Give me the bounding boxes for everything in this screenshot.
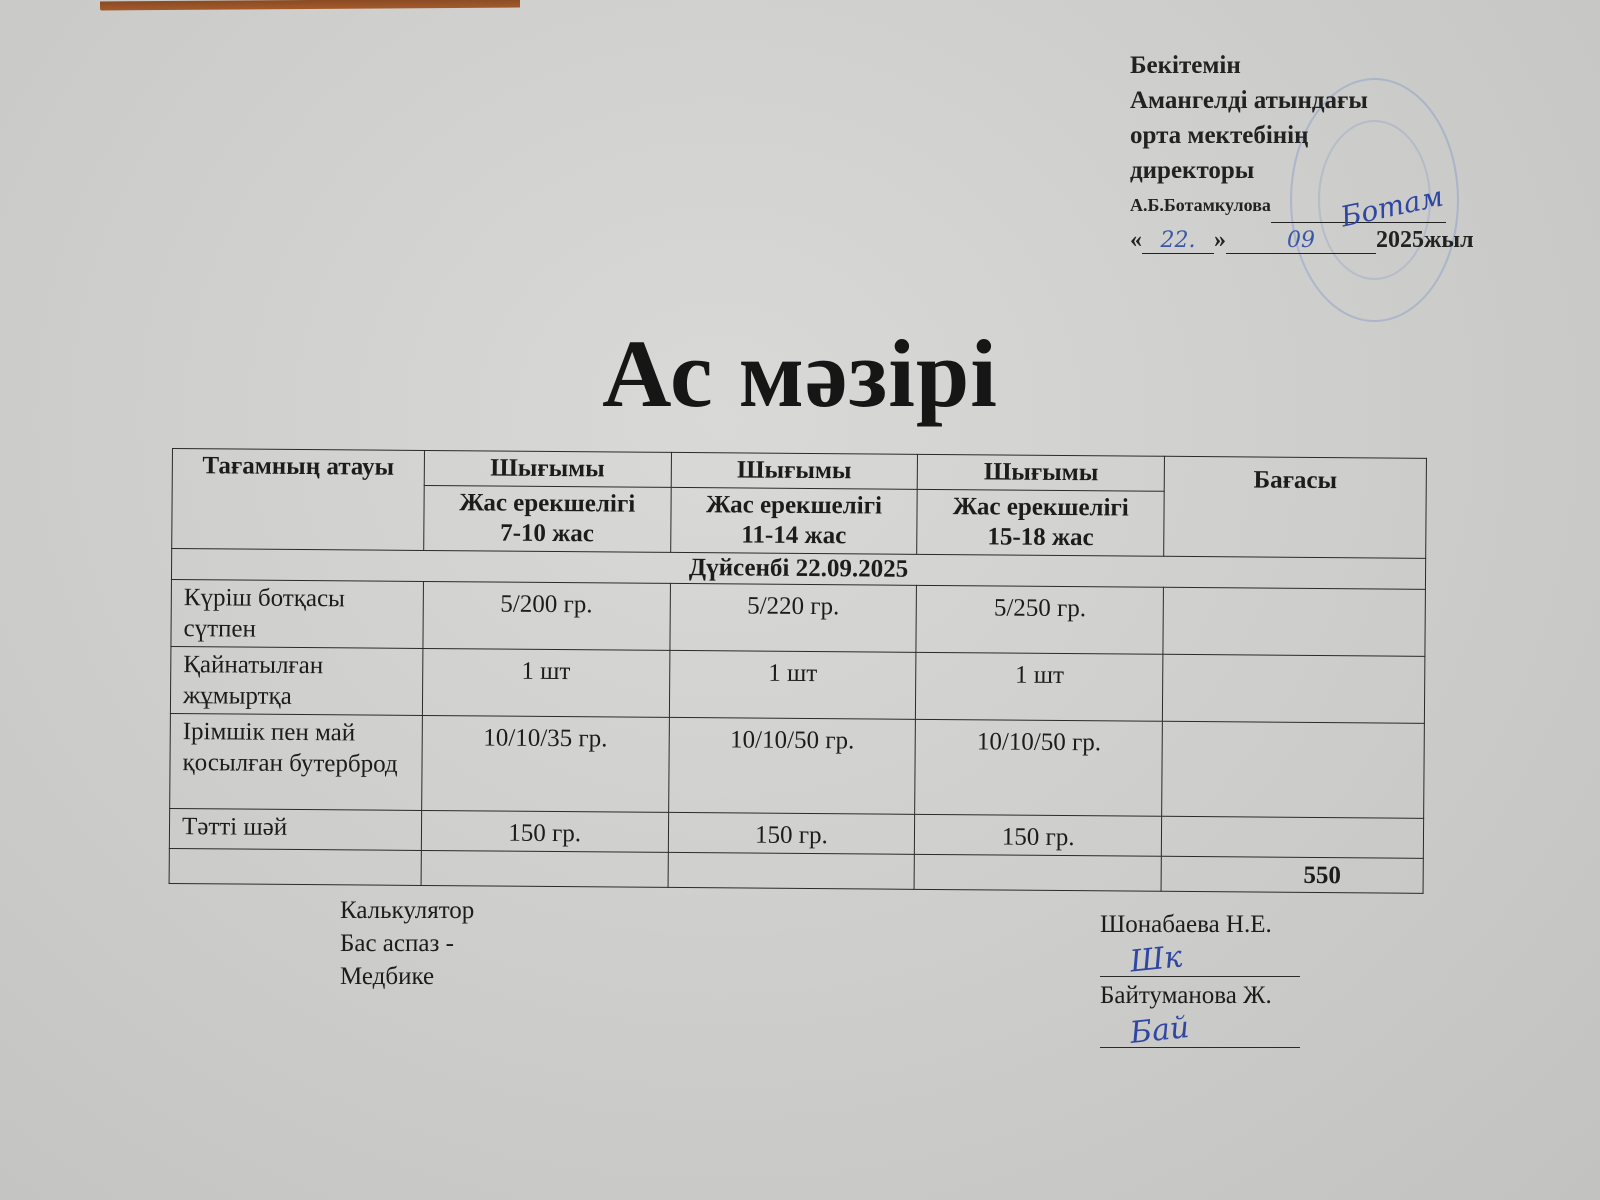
dish-name: Ірімшік пен май қосылған бутерброд <box>170 713 423 810</box>
dish-name: Күріш ботқасы сүтпен <box>171 579 423 648</box>
role-calculator: Калькулятор <box>340 894 474 927</box>
staff-roles: Калькулятор Бас аспаз - Медбике <box>340 894 474 993</box>
header-price: Бағасы <box>1164 456 1427 558</box>
role-head-cook: Бас аспаз - <box>340 927 474 960</box>
table-row: Ірімшік пен май қосылған бутерброд 10/10… <box>170 713 1425 818</box>
signature-2: Бай <box>1128 1010 1191 1051</box>
signature-line-2: Бай <box>1100 1011 1300 1048</box>
empty-cell <box>169 848 421 885</box>
age-label: Жас ерекшелігі <box>953 493 1129 521</box>
header-output-15-18: Шығымы <box>918 454 1165 491</box>
age-group: 15-18 жас <box>987 523 1094 551</box>
dish-name: Тәтті шәй <box>169 808 421 850</box>
approval-school-line2: орта мектебінің <box>1130 118 1530 153</box>
approval-heading: Бекітемін <box>1130 48 1530 83</box>
signature-line-1: Шк <box>1100 940 1300 977</box>
date-year: 2025жыл <box>1376 227 1474 253</box>
empty-cell <box>914 854 1161 891</box>
table-row: Қайнатылған жұмыртқа 1 шт 1 шт 1 шт <box>170 646 1424 723</box>
portion-7-10: 150 гр. <box>421 810 668 852</box>
portion-15-18: 5/250 гр. <box>916 585 1163 654</box>
staff-signatures: Шонабаева Н.Е. Шк Байтуманова Ж. Бай <box>1100 910 1300 1052</box>
date-open-quote: « <box>1130 227 1142 253</box>
price-cell <box>1163 654 1425 723</box>
header-age-7-10: Жас ерекшелігі 7-10 жас <box>423 485 670 552</box>
header-output-7-10: Шығымы <box>424 450 671 487</box>
portion-11-14: 1 шт <box>669 650 916 719</box>
menu-document: Бекітемін Амангелді атындағы орта мектеб… <box>0 8 1600 1200</box>
menu-table: Тағамның атауы Шығымы Шығымы Шығымы Баға… <box>169 448 1427 894</box>
price-cell <box>1161 816 1423 858</box>
portion-7-10: 1 шт <box>422 648 669 717</box>
header-output-11-14: Шығымы <box>671 452 918 489</box>
age-label: Жас ерекшелігі <box>459 489 635 517</box>
table-row: Күріш ботқасы сүтпен 5/200 гр. 5/220 гр.… <box>171 579 1425 656</box>
header-dish-name: Тағамның атауы <box>172 449 425 551</box>
portion-15-18: 10/10/50 гр. <box>915 719 1163 816</box>
staff-name-2: Байтуманова Ж. <box>1100 981 1300 1011</box>
date-month: 09 <box>1226 229 1376 254</box>
header-row: Тағамның атауы Шығымы Шығымы Шығымы Баға… <box>172 449 1426 494</box>
date-close-quote: » <box>1214 227 1226 253</box>
age-group: 7-10 жас <box>500 520 594 548</box>
total-price: 550 <box>1161 856 1423 893</box>
page-title: Ас мәзірі <box>0 318 1600 429</box>
header-age-11-14: Жас ерекшелігі 11-14 жас <box>670 487 917 554</box>
age-label: Жас ерекшелігі <box>706 491 882 519</box>
portion-15-18: 1 шт <box>916 652 1163 721</box>
empty-cell <box>421 850 668 887</box>
director-name: А.Б.Ботамкулова <box>1130 195 1271 215</box>
approval-block: Бекітемін Амангелді атындағы орта мектеб… <box>1130 48 1530 258</box>
portion-7-10: 5/200 гр. <box>423 581 670 650</box>
age-group: 11-14 жас <box>741 521 846 549</box>
price-cell <box>1162 721 1425 818</box>
director-line: А.Б.Ботамкулова <box>1130 188 1530 223</box>
staff-name-1: Шонабаева Н.Е. <box>1100 910 1300 940</box>
header-age-15-18: Жас ерекшелігі 15-18 жас <box>917 489 1164 556</box>
approval-position: директоры <box>1130 153 1530 188</box>
signature-1: Шк <box>1128 939 1184 979</box>
dish-name: Қайнатылған жұмыртқа <box>170 646 422 715</box>
empty-cell <box>668 852 915 889</box>
price-cell <box>1163 587 1425 656</box>
portion-11-14: 150 гр. <box>668 812 915 854</box>
date-day: 22. <box>1142 229 1214 254</box>
role-nurse: Медбике <box>340 960 474 993</box>
portion-15-18: 150 гр. <box>915 814 1162 856</box>
portion-7-10: 10/10/35 гр. <box>421 715 669 812</box>
portion-11-14: 5/220 гр. <box>670 583 917 652</box>
approval-school-line1: Амангелді атындағы <box>1130 83 1530 118</box>
approval-date: «22.»092025жыл <box>1130 223 1530 258</box>
portion-11-14: 10/10/50 гр. <box>668 717 916 814</box>
